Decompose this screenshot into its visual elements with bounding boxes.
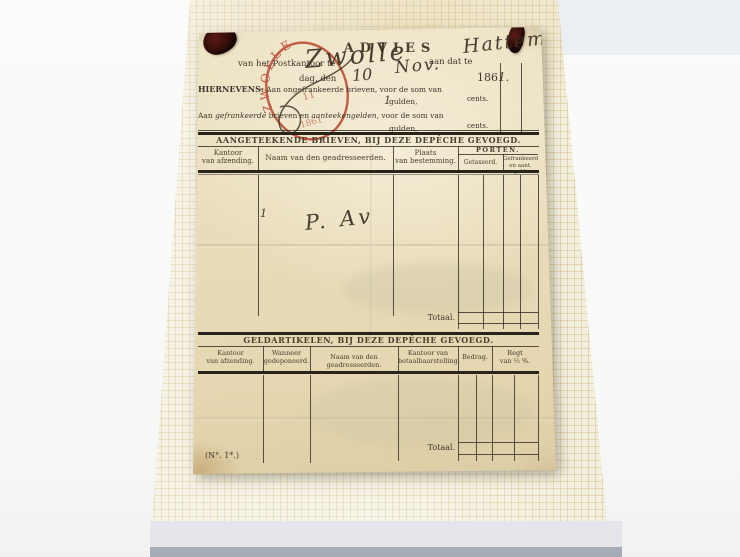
table1-porten-sub2-line1: Gefrankeerd	[503, 156, 538, 163]
table1-column-rule	[503, 175, 504, 329]
table2-column-rule	[398, 375, 399, 461]
table1-col-office-line1: Kantoor	[198, 149, 258, 157]
table1-column-rule	[538, 175, 539, 329]
table2-column-rule	[310, 375, 311, 463]
table2-col-office: Kantoor van afzending.	[198, 350, 263, 366]
table1-col-name: Naam van den geadresseerden.	[258, 153, 393, 162]
ink-showthrough	[308, 377, 533, 447]
table2-col-amount: Bedrag.	[458, 354, 492, 362]
wax-seal	[201, 24, 240, 57]
date-day-handwritten: 10	[351, 65, 373, 85]
table2-col-when: Wanneer gedeponeerd.	[263, 350, 310, 366]
ink-showthrough	[343, 263, 533, 315]
year-printed: 186	[477, 71, 498, 84]
rule	[198, 346, 539, 347]
table1-porten-sub2: Gefrankeerd en aant. geld.	[503, 156, 538, 176]
table2-col-payoffice-line2: betaalbaarstelling.	[398, 358, 458, 366]
hiernevens-text2c: brieven en	[266, 111, 311, 120]
table2-col-fee-line2: van ½ %.	[492, 358, 538, 366]
document-shadow-wrap: ZWOLLE 11 1861 ADVIES van het Postkantoo…	[0, 0, 740, 557]
hiernevens-line1: HIERNEVENS: Aan ongefrankeerde brieven, …	[198, 85, 442, 95]
total-row-rule	[458, 312, 538, 313]
table2-column-rule	[514, 375, 515, 461]
table2-total-label: Totaal.	[406, 443, 455, 452]
table2-column-rule	[476, 375, 477, 461]
photo-scene: ZWOLLE 11 1861 ADVIES van het Postkantoo…	[0, 0, 740, 557]
table1-entry-mark-handwritten: 1	[260, 207, 267, 220]
hiernevens-text2d: aanteekengelden	[311, 111, 376, 120]
cents-label-1: cents.	[467, 95, 488, 103]
table2-col-office-line2: van afzending.	[198, 358, 263, 366]
table1-col-office: Kantoor van afzending.	[198, 149, 258, 166]
table1-porten-sub1: Getaxeerd.	[458, 159, 503, 166]
hiernevens-label: HIERNEVENS:	[198, 84, 264, 94]
rule	[198, 130, 539, 131]
table1-col-office-line2: van afzending.	[198, 157, 258, 165]
table2-col-fee: Regt van ½ %.	[492, 350, 538, 366]
total-row-rule	[458, 442, 538, 443]
table2-column-rule	[492, 375, 493, 461]
table1-column-rule	[458, 175, 459, 329]
money-column-rule	[521, 63, 522, 132]
cents-label-2: cents.	[467, 122, 488, 130]
table1-column-rule	[393, 175, 394, 316]
money-column-rule	[500, 63, 501, 132]
table1-column-rule	[483, 175, 484, 329]
table2-col-when-line2: gedeponeerd.	[263, 358, 310, 366]
hiernevens-text2b: gefrankeerde	[215, 111, 266, 120]
table2-column-rule	[263, 375, 264, 463]
date-month-handwritten: Nov.	[394, 54, 442, 78]
table1-col-place: Plaats van bestemming.	[393, 149, 458, 166]
table1-column-rule	[520, 175, 521, 329]
year-group: 1861.	[477, 71, 509, 85]
table1-column-rule	[258, 175, 259, 316]
table1-col-place-line2: van bestemming.	[393, 157, 458, 165]
hiernevens-text1: Aan ongefrankeerde brieven, voor de som …	[266, 85, 442, 94]
to-office-handwritten: Hattem	[462, 27, 548, 58]
year-period: .	[506, 71, 510, 84]
table2-column-rule	[538, 375, 539, 461]
table2-col-name: Naam van den geadresseerden.	[310, 354, 398, 370]
table1-entry-name-handwritten: P. Av	[304, 204, 376, 235]
total-row-rule	[458, 454, 538, 455]
table2-column-rule	[458, 375, 459, 461]
form-number-footnote: (N°. 1*.)	[205, 451, 239, 460]
table2-col-payoffice: Kantoor van betaalbaarstelling.	[398, 350, 458, 366]
table2-title: GELDARTIKELEN, BIJ DEZE DEPÊCHE GEVOEGD.	[198, 336, 539, 346]
fold-crease-vertical	[370, 130, 373, 345]
gulden-label-1: gulden,	[389, 98, 417, 107]
total-row-rule	[458, 323, 538, 324]
table1-total-label: Totaal.	[406, 313, 455, 322]
heavy-rule	[198, 371, 539, 374]
hiernevens-text2a: Aan	[198, 111, 215, 120]
rule	[198, 174, 539, 175]
heavy-rule	[198, 170, 539, 173]
table1-title: AANGETEEKENDE BRIEVEN, BIJ DEZE DEPÊCHE …	[198, 136, 539, 146]
hiernevens-text2e: , voor de som van	[377, 111, 444, 120]
hiernevens-line2: Aan gefrankeerde brieven en aanteekengel…	[198, 112, 444, 121]
advies-form-document: ZWOLLE 11 1861 ADVIES van het Postkantoo…	[193, 25, 557, 475]
table1-col-place-line1: Plaats	[393, 149, 458, 157]
rule	[458, 154, 538, 155]
